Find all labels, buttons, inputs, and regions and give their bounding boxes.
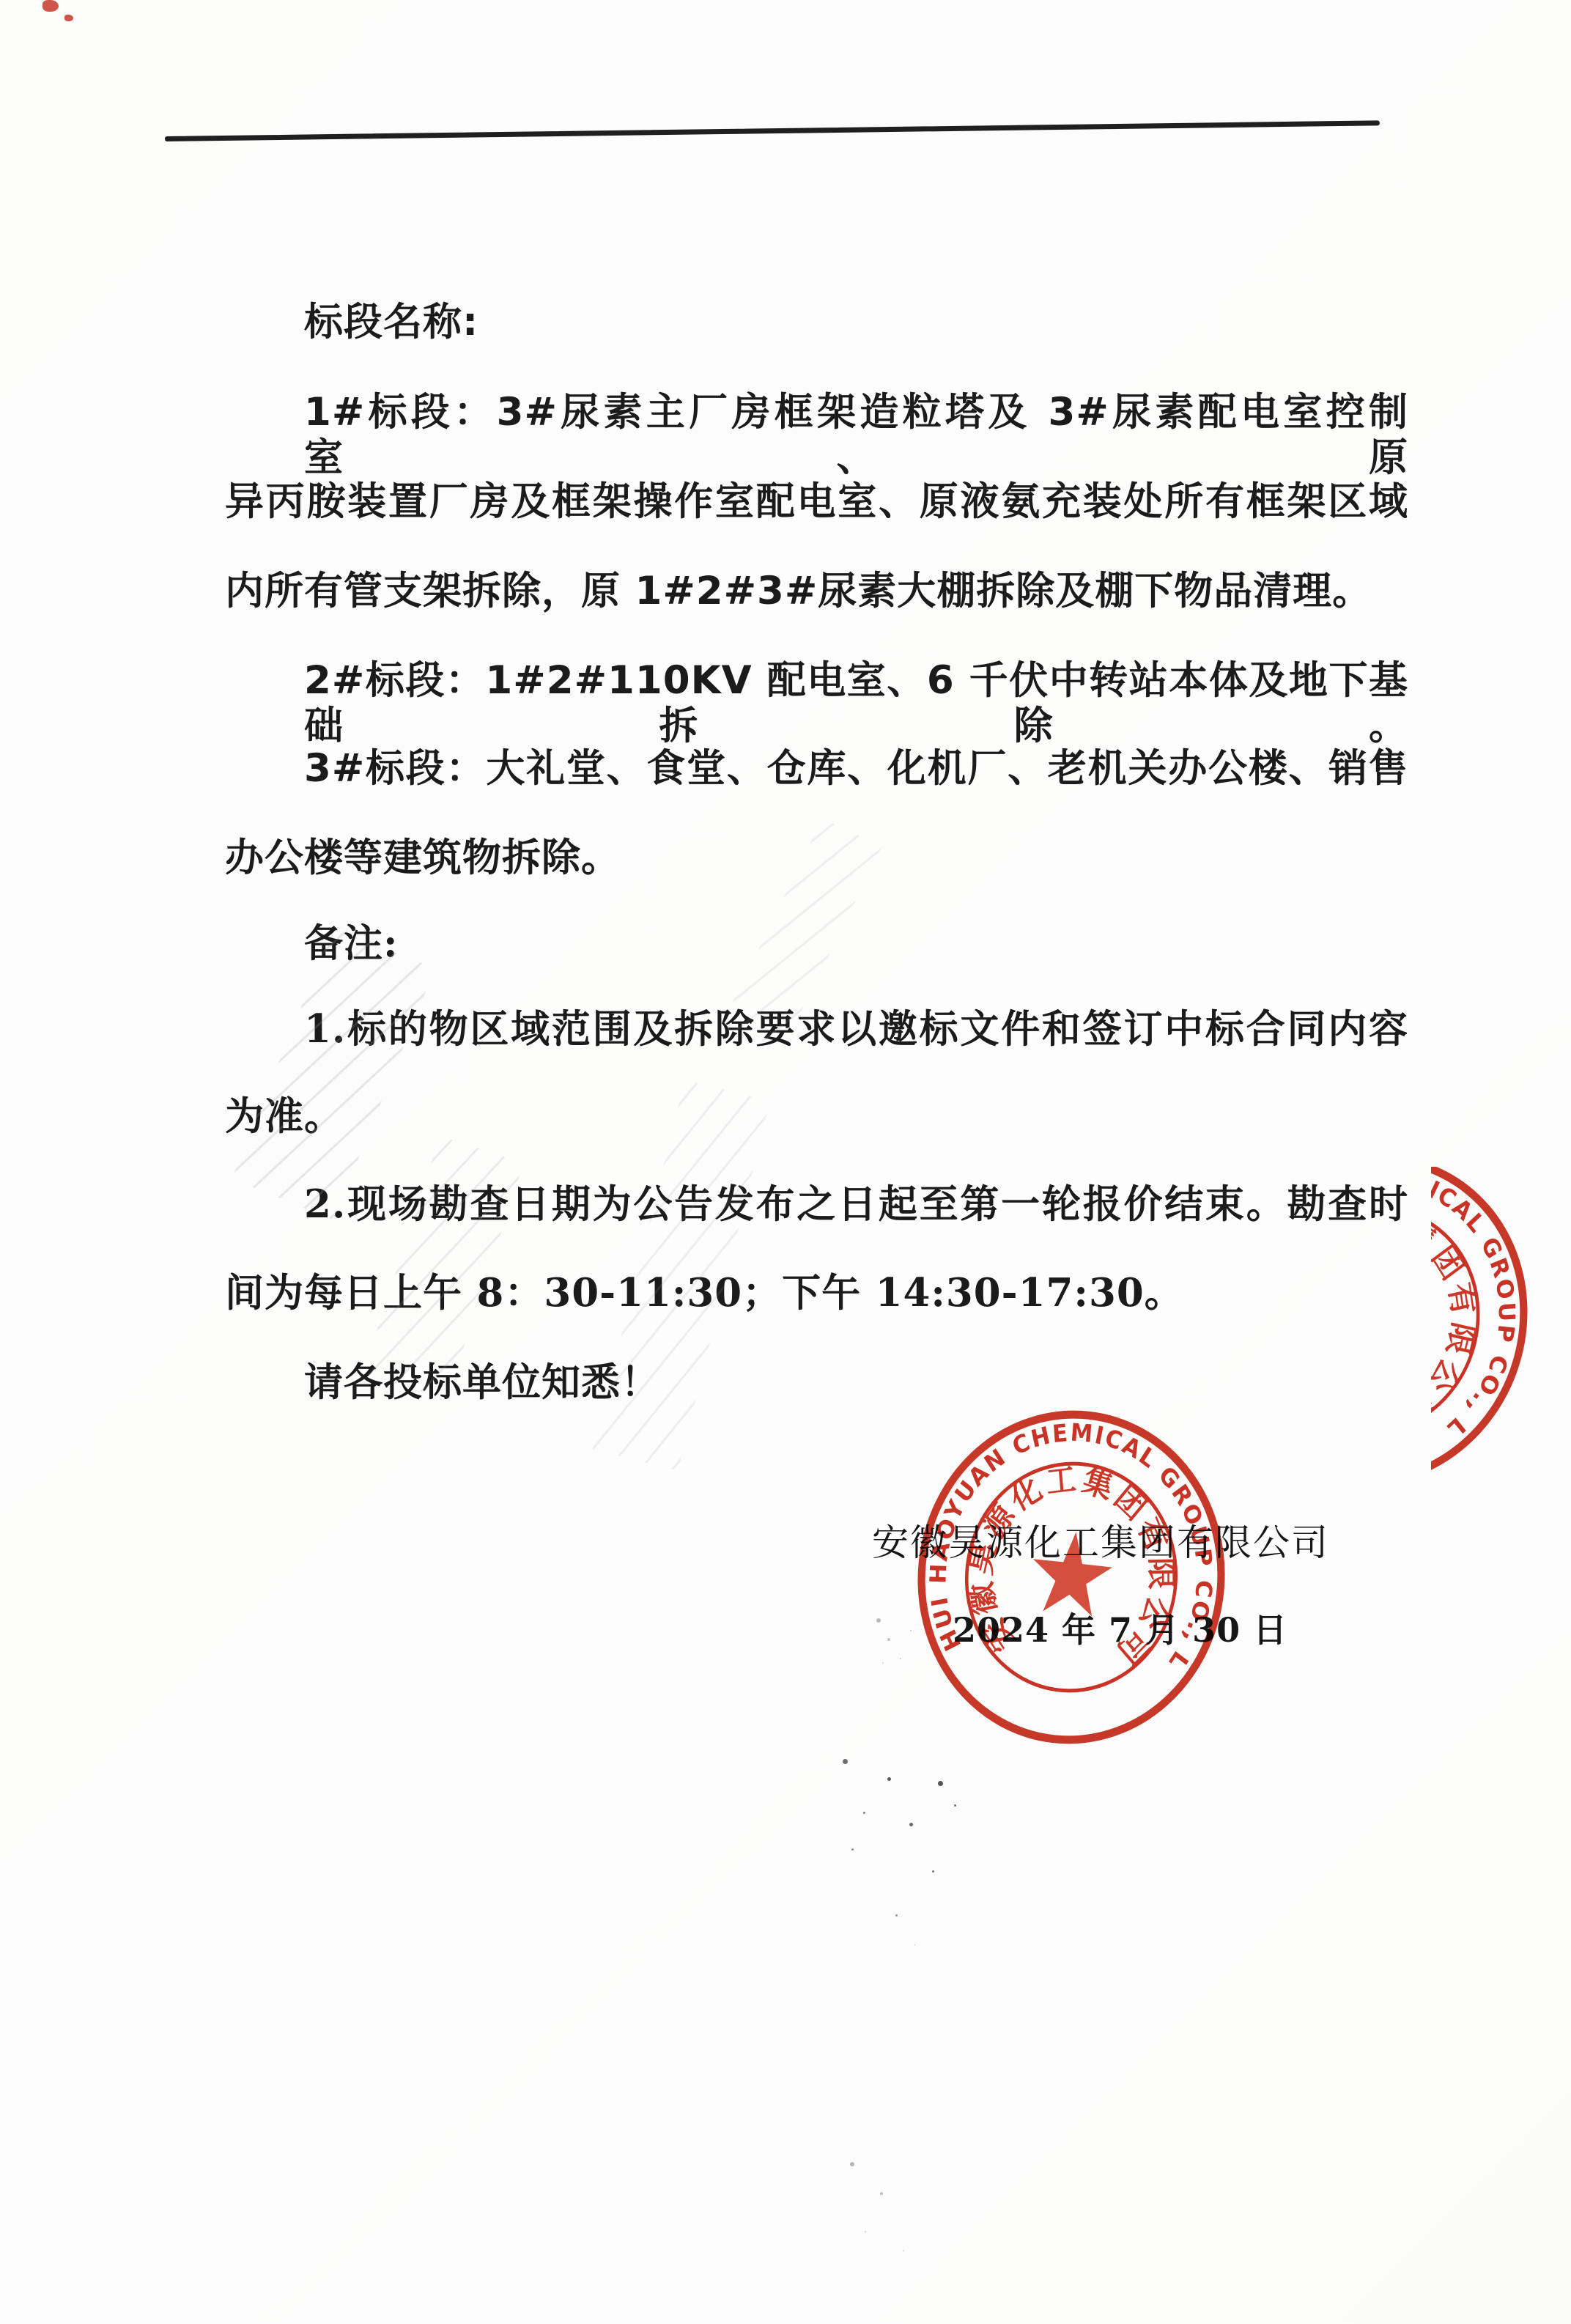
page-top-rule [165, 120, 1380, 141]
doc-line-remark1-end: 为准。 [225, 1093, 1408, 1139]
company-seal-stamp: ANHUI HAOYUAN CHEMICAL GROUP CO., LTD. 安… [888, 1394, 1254, 1760]
doc-line-lot1-cont: 异丙胺装置厂房及框架操作室配电室、原液氨充装处所有框架区域 [225, 479, 1408, 525]
scan-speckle-cluster [843, 1759, 848, 1764]
seal-latin-ring-text: ANHUI HAOYUAN CHEMICAL GROUP CO., LTD. [888, 1394, 1237, 1683]
doc-line-section-title: 标段名称: [225, 300, 1408, 345]
scanned-tender-document-page: 标段名称: 1#标段：3#尿素主厂房框架造粒塔及 3#尿素配电室控制室、原 异丙… [0, 0, 1571, 2324]
doc-line-lot1: 1#标段：3#尿素主厂房框架造粒塔及 3#尿素配电室控制室、原 [225, 390, 1408, 481]
scan-speckle-cluster [850, 2162, 854, 2166]
doc-line-remark2: 2.现场勘查日期为公告发布之日起至第一轮报价结束。勘查时 [225, 1181, 1408, 1227]
doc-line-lot3: 3#标段：大礼堂、食堂、仓库、化机厂、老机关办公楼、销售 [225, 746, 1408, 792]
scan-red-speck [42, 0, 59, 12]
scan-red-speck [64, 15, 73, 21]
doc-line-lot1-end: 内所有管支架拆除，原 1#2#3#尿素大棚拆除及棚下物品清理。 [225, 569, 1408, 614]
seal-star-icon [1028, 1528, 1116, 1618]
scan-speckle-cluster [876, 1618, 881, 1623]
svg-text:ANHUI HAOYUAN CHEMICAL GROUP C: ANHUI HAOYUAN CHEMICAL GROUP CO., LTD. [888, 1394, 1237, 1683]
doc-line-lot2: 2#标段：1#2#110KV 配电室、6 千伏中转站本体及地下基础拆除。 [225, 658, 1408, 749]
scan-ghost-smudge [232, 927, 435, 1220]
